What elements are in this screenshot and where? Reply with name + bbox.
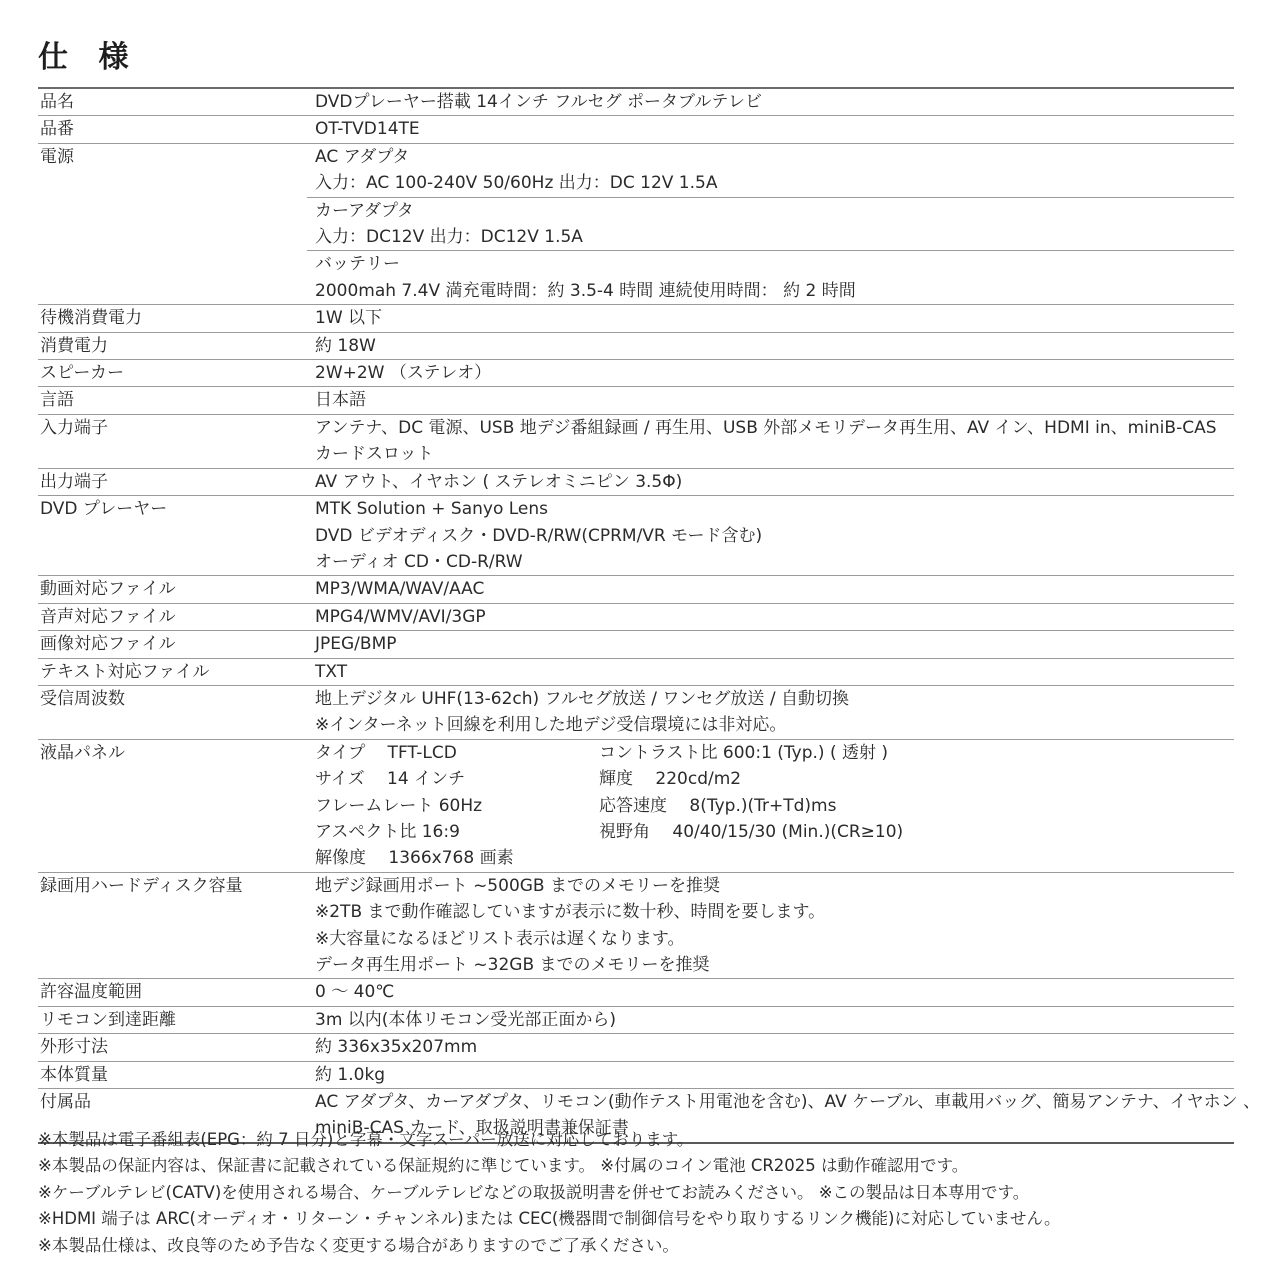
spec-row: 動画対応ファイルMP3/WMA/WAV/AAC — [38, 575, 1234, 602]
note-line: ※ケーブルテレビ(CATV)を使用される場合、ケーブルテレビなどの取扱説明書を併… — [38, 1180, 1238, 1206]
spec-value-group: AV アウト、イヤホン ( ステレオミニピン 3.5Φ) — [307, 469, 1234, 495]
spec-value: バッテリー — [307, 251, 1234, 277]
lcd-right-column: コントラスト比 600:1 (Typ.) ( 透射 )輝度 220cd/m2応答… — [591, 740, 903, 872]
spec-row: 言語日本語 — [38, 386, 1234, 413]
spec-value: 地デジ録画用ポート ~500GB までのメモリーを推奨 — [307, 873, 1234, 899]
spec-value: MPG4/WMV/AVI/3GP — [307, 604, 1234, 630]
spec-value-group: 1W 以下 — [307, 305, 1234, 331]
spec-value-group: 約 18W — [307, 333, 1234, 359]
spec-values: 地上デジタル UHF(13-62ch) フルセグ放送 / ワンセグ放送 / 自動… — [307, 686, 1234, 739]
spec-value: アンテナ、DC 電源、USB 地デジ番組録画 / 再生用、USB 外部メモリデー… — [307, 415, 1234, 441]
spec-values: AC アダプタ入力：AC 100-240V 50/60Hz 出力：DC 12V … — [307, 144, 1234, 304]
spec-value-group: 約 336x35x207mm — [307, 1034, 1234, 1060]
spec-value: 日本語 — [307, 387, 1234, 413]
spec-value-group: MTK Solution + Sanyo LensDVD ビデオディスク・DVD… — [307, 496, 1234, 575]
spec-values: タイプ TFT-LCDサイズ 14 インチフレームレート 60Hzアスペクト比 … — [307, 740, 1234, 872]
spec-value: 約 18W — [307, 333, 1234, 359]
spec-value: 視野角 40/40/15/30 (Min.)(CR≥10) — [591, 819, 903, 845]
spec-value: ※大容量になるほどリスト表示は遅くなります。 — [307, 926, 1234, 952]
spec-row: 入力端子アンテナ、DC 電源、USB 地デジ番組録画 / 再生用、USB 外部メ… — [38, 414, 1234, 468]
spec-label: 液晶パネル — [38, 740, 307, 872]
spec-row: 出力端子AV アウト、イヤホン ( ステレオミニピン 3.5Φ) — [38, 468, 1234, 495]
spec-value: AC アダプタ — [307, 144, 1234, 170]
spec-value: AC アダプタ、カーアダプタ、リモコン(動作テスト用電池を含む)、AV ケーブル… — [307, 1089, 1260, 1115]
spec-value: ※インターネット回線を利用した地デジ受信環境には非対応。 — [307, 712, 1234, 738]
spec-value: OT-TVD14TE — [307, 116, 1234, 142]
spec-value: 2000mah 7.4V 満充電時間：約 3.5-4 時間 連続使用時間： 約 … — [307, 278, 1234, 304]
spec-value: JPEG/BMP — [307, 631, 1234, 657]
spec-values: 1W 以下 — [307, 305, 1234, 331]
spec-value-group: 約 1.0kg — [307, 1062, 1234, 1088]
spec-values: OT-TVD14TE — [307, 116, 1234, 142]
spec-value-group: バッテリー2000mah 7.4V 満充電時間：約 3.5-4 時間 連続使用時… — [307, 250, 1234, 304]
spec-value-group: 3m 以内(本体リモコン受光部正面から) — [307, 1007, 1234, 1033]
spec-label: 待機消費電力 — [38, 305, 307, 331]
spec-row: 品番OT-TVD14TE — [38, 115, 1234, 142]
spec-values: 約 336x35x207mm — [307, 1034, 1234, 1060]
spec-value-group: DVDプレーヤー搭載 14インチ フルセグ ポータブルテレビ — [307, 89, 1234, 115]
spec-values: 2W+2W （ステレオ） — [307, 360, 1234, 386]
spec-row: DVD プレーヤーMTK Solution + Sanyo LensDVD ビデ… — [38, 495, 1234, 575]
spec-label: 動画対応ファイル — [38, 576, 307, 602]
spec-row: 受信周波数地上デジタル UHF(13-62ch) フルセグ放送 / ワンセグ放送… — [38, 685, 1234, 739]
spec-value-group: アンテナ、DC 電源、USB 地デジ番組録画 / 再生用、USB 外部メモリデー… — [307, 415, 1234, 468]
spec-value: MTK Solution + Sanyo Lens — [307, 496, 1234, 522]
spec-values: TXT — [307, 659, 1234, 685]
spec-label: 言語 — [38, 387, 307, 413]
note-line: ※本製品仕様は、改良等のため予告なく変更する場合がありますのでご了承ください。 — [38, 1233, 1238, 1259]
spec-row: 許容温度範囲0 ～ 40℃ — [38, 978, 1234, 1005]
spec-value: 約 1.0kg — [307, 1062, 1234, 1088]
note-line: ※HDMI 端子は ARC(オーディオ・リターン・チャンネル)または CEC(機… — [38, 1206, 1238, 1232]
spec-values: MTK Solution + Sanyo LensDVD ビデオディスク・DVD… — [307, 496, 1234, 575]
spec-value: カードスロット — [307, 441, 1234, 467]
spec-value: AV アウト、イヤホン ( ステレオミニピン 3.5Φ) — [307, 469, 1234, 495]
spec-label: 本体質量 — [38, 1062, 307, 1088]
spec-value: カーアダプタ — [307, 198, 1234, 224]
spec-label: リモコン到達距離 — [38, 1007, 307, 1033]
spec-row: 待機消費電力1W 以下 — [38, 304, 1234, 331]
spec-row-lcd-panel: 液晶パネルタイプ TFT-LCDサイズ 14 インチフレームレート 60Hzアス… — [38, 739, 1234, 872]
spec-value: オーディオ CD・CD-R/RW — [307, 549, 1234, 575]
spec-row: 消費電力約 18W — [38, 332, 1234, 359]
spec-value: サイズ 14 インチ — [307, 766, 591, 792]
spec-value-group: 日本語 — [307, 387, 1234, 413]
spec-value: 1W 以下 — [307, 305, 1234, 331]
spec-values: MP3/WMA/WAV/AAC — [307, 576, 1234, 602]
spec-values: 3m 以内(本体リモコン受光部正面から) — [307, 1007, 1234, 1033]
spec-value: 地上デジタル UHF(13-62ch) フルセグ放送 / ワンセグ放送 / 自動… — [307, 686, 1234, 712]
spec-value-group: 地上デジタル UHF(13-62ch) フルセグ放送 / ワンセグ放送 / 自動… — [307, 686, 1234, 739]
spec-value: アスペクト比 16:9 — [307, 819, 591, 845]
spec-values: MPG4/WMV/AVI/3GP — [307, 604, 1234, 630]
page-title: 仕 様 — [38, 36, 138, 80]
spec-value-group: TXT — [307, 659, 1234, 685]
spec-value: フレームレート 60Hz — [307, 793, 591, 819]
spec-value-group: OT-TVD14TE — [307, 116, 1234, 142]
spec-value: MP3/WMA/WAV/AAC — [307, 576, 1234, 602]
spec-values: JPEG/BMP — [307, 631, 1234, 657]
spec-value-group: 0 ～ 40℃ — [307, 979, 1234, 1005]
spec-row: 音声対応ファイルMPG4/WMV/AVI/3GP — [38, 603, 1234, 630]
spec-label: 電源 — [38, 144, 307, 304]
spec-row: 録画用ハードディスク容量地デジ録画用ポート ~500GB までのメモリーを推奨※… — [38, 872, 1234, 979]
spec-value-group: AC アダプタ入力：AC 100-240V 50/60Hz 出力：DC 12V … — [307, 144, 1234, 197]
spec-label: 画像対応ファイル — [38, 631, 307, 657]
spec-value: 2W+2W （ステレオ） — [307, 360, 1234, 386]
spec-value: 入力：DC12V 出力：DC12V 1.5A — [307, 224, 1234, 250]
spec-label: 消費電力 — [38, 333, 307, 359]
lcd-left-column: タイプ TFT-LCDサイズ 14 インチフレームレート 60Hzアスペクト比 … — [307, 740, 591, 872]
spec-label: 入力端子 — [38, 415, 307, 468]
spec-values: AV アウト、イヤホン ( ステレオミニピン 3.5Φ) — [307, 469, 1234, 495]
spec-value-group: MP3/WMA/WAV/AAC — [307, 576, 1234, 602]
spec-value-group: JPEG/BMP — [307, 631, 1234, 657]
spec-label: 許容温度範囲 — [38, 979, 307, 1005]
spec-value-group: 2W+2W （ステレオ） — [307, 360, 1234, 386]
spec-label: 録画用ハードディスク容量 — [38, 873, 307, 979]
spec-value: 約 336x35x207mm — [307, 1034, 1234, 1060]
spec-value: ※2TB まで動作確認していますが表示に数十秒、時間を要します。 — [307, 899, 1234, 925]
spec-values: 約 18W — [307, 333, 1234, 359]
spec-row: 品名DVDプレーヤー搭載 14インチ フルセグ ポータブルテレビ — [38, 89, 1234, 115]
spec-label: 品名 — [38, 89, 307, 115]
spec-row: リモコン到達距離3m 以内(本体リモコン受光部正面から) — [38, 1006, 1234, 1033]
spec-values: 日本語 — [307, 387, 1234, 413]
spec-row: 本体質量約 1.0kg — [38, 1061, 1234, 1088]
spec-label: スピーカー — [38, 360, 307, 386]
spec-value-group: MPG4/WMV/AVI/3GP — [307, 604, 1234, 630]
spec-value: DVD ビデオディスク・DVD-R/RW(CPRM/VR モード含む) — [307, 523, 1234, 549]
spec-value: DVDプレーヤー搭載 14インチ フルセグ ポータブルテレビ — [307, 89, 1234, 115]
spec-table: 品名DVDプレーヤー搭載 14インチ フルセグ ポータブルテレビ品番OT-TVD… — [38, 87, 1234, 1144]
spec-label: 出力端子 — [38, 469, 307, 495]
spec-label: 受信周波数 — [38, 686, 307, 739]
spec-value: 応答速度 8(Typ.)(Tr+Td)ms — [591, 793, 903, 819]
spec-values: アンテナ、DC 電源、USB 地デジ番組録画 / 再生用、USB 外部メモリデー… — [307, 415, 1234, 468]
spec-value-group: 地デジ録画用ポート ~500GB までのメモリーを推奨※2TB まで動作確認して… — [307, 873, 1234, 979]
spec-values: 約 1.0kg — [307, 1062, 1234, 1088]
notes-section: ※本製品は電子番組表(EPG：約 7 日分)と字幕・文字スーパー放送に対応してお… — [38, 1127, 1238, 1259]
spec-value: 入力：AC 100-240V 50/60Hz 出力：DC 12V 1.5A — [307, 170, 1234, 196]
spec-values: 地デジ録画用ポート ~500GB までのメモリーを推奨※2TB まで動作確認して… — [307, 873, 1234, 979]
spec-row: 外形寸法約 336x35x207mm — [38, 1033, 1234, 1060]
spec-label: 品番 — [38, 116, 307, 142]
spec-value: 輝度 220cd/m2 — [591, 766, 903, 792]
spec-values: DVDプレーヤー搭載 14インチ フルセグ ポータブルテレビ — [307, 89, 1234, 115]
spec-label: テキスト対応ファイル — [38, 659, 307, 685]
note-line: ※本製品の保証内容は、保証書に記載されている保証規約に準じています。 ※付属のコ… — [38, 1153, 1238, 1179]
spec-row: 画像対応ファイルJPEG/BMP — [38, 630, 1234, 657]
spec-row: 電源AC アダプタ入力：AC 100-240V 50/60Hz 出力：DC 12… — [38, 143, 1234, 304]
spec-value-group: カーアダプタ入力：DC12V 出力：DC12V 1.5A — [307, 197, 1234, 251]
spec-row: スピーカー2W+2W （ステレオ） — [38, 359, 1234, 386]
spec-value: タイプ TFT-LCD — [307, 740, 591, 766]
spec-value: 解像度 1366x768 画素 — [307, 845, 591, 871]
spec-value: TXT — [307, 659, 1234, 685]
spec-value: データ再生用ポート ~32GB までのメモリーを推奨 — [307, 952, 1234, 978]
spec-row: テキスト対応ファイルTXT — [38, 658, 1234, 685]
spec-value: 0 ～ 40℃ — [307, 979, 1234, 1005]
spec-label: 音声対応ファイル — [38, 604, 307, 630]
note-line: ※本製品は電子番組表(EPG：約 7 日分)と字幕・文字スーパー放送に対応してお… — [38, 1127, 1238, 1153]
spec-label: 外形寸法 — [38, 1034, 307, 1060]
spec-value: コントラスト比 600:1 (Typ.) ( 透射 ) — [591, 740, 903, 766]
spec-label: DVD プレーヤー — [38, 496, 307, 575]
spec-value: 3m 以内(本体リモコン受光部正面から) — [307, 1007, 1234, 1033]
spec-values: 0 ～ 40℃ — [307, 979, 1234, 1005]
